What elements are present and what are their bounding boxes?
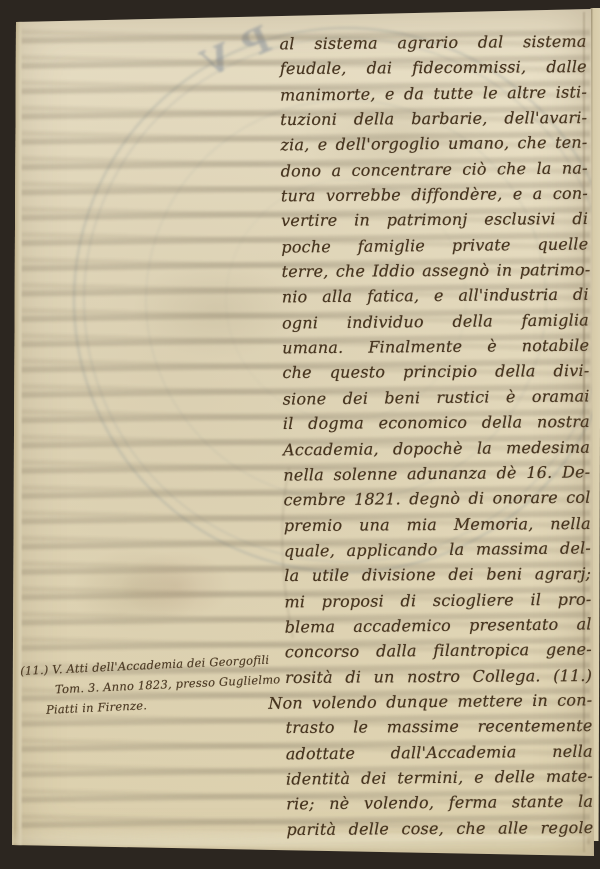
handwritten-line-16: il dogma economico della nostra: [283, 409, 590, 436]
handwritten-line-15: sione dei beni rustici è oramai: [283, 383, 590, 412]
handwritten-line-6: dono a concentrare ciò che la na-: [281, 155, 588, 184]
handwritten-line-32: parità delle cose, che alle regole: [286, 815, 593, 842]
handwritten-line-29: adottate dall'Accademia nella: [286, 738, 593, 766]
paper-sheet: PV al sistema agrario dal sistemafeudale…: [0, 0, 600, 869]
handwritten-line-24: blema accademico presentato al: [285, 611, 592, 640]
handwritten-line-25: concorso dalla filantropica gene-: [285, 637, 592, 665]
margin-footnote: (11.) V. Atti dell'Accademia dei Georgof…: [20, 649, 284, 721]
manuscript-photo: PV al sistema agrario dal sistemafeudale…: [0, 0, 600, 869]
handwritten-line-19: cembre 1821. degnò di onorare col: [283, 485, 590, 513]
handwritten-line-9: poche famiglie private quelle: [281, 231, 588, 260]
handwritten-line-7: tura vorrebbe diffondère, e a con-: [281, 181, 588, 209]
handwritten-line-5: zia, e dell'orgoglio umano, che ten-: [280, 130, 587, 158]
paper-left-edge: [14, 20, 23, 848]
handwritten-line-8: vertire in patrimonj esclusivi di: [281, 206, 588, 233]
handwritten-line-14: che questo principio della divi-: [282, 358, 589, 385]
handwritten-line-4: tuzioni della barbarie, dell'avari-: [280, 105, 587, 132]
handwritten-line-10: terre, che Iddio assegnò in patrimo-: [281, 257, 588, 284]
handwritten-line-23: mi proposi di sciogliere il pro-: [284, 586, 591, 614]
handwritten-line-30: identità dei termini, e delle mate-: [286, 763, 593, 792]
main-text-column: al sistema agrario dal sistemafeudale, d…: [279, 29, 593, 843]
handwritten-line-18: nella solenne adunanza dè 16. De-: [283, 459, 590, 488]
handwritten-line-21: quale, applicando la massima del-: [284, 535, 591, 564]
handwritten-line-3: manimorte, e da tutte le altre isti-: [280, 79, 587, 108]
handwritten-line-27: Non volendo dunque mettere in con-: [268, 687, 592, 716]
handwritten-line-12: ogni individuo della famiglia: [282, 307, 589, 336]
handwritten-line-13: umana. Finalmente è notabile: [282, 333, 589, 361]
handwritten-line-17: Accademia, dopochè la medesima: [283, 434, 590, 462]
handwritten-line-1: al sistema agrario dal sistema: [279, 29, 586, 57]
handwritten-line-2: feudale, dai fidecommissi, dalle: [280, 54, 587, 81]
handwritten-line-20: premio una mia Memoria, nella: [284, 511, 591, 538]
handwritten-line-26: rosità di un nostro Collega. (11.): [285, 663, 592, 690]
handwritten-line-22: la utile divisione dei beni agrarj;: [284, 561, 591, 588]
handwritten-line-31: rie; nè volendo, ferma stante la: [286, 789, 593, 817]
handwritten-line-28: trasto le massime recentemente: [285, 713, 592, 740]
handwritten-line-11: nio alla fatica, e all'industria di: [282, 282, 589, 310]
